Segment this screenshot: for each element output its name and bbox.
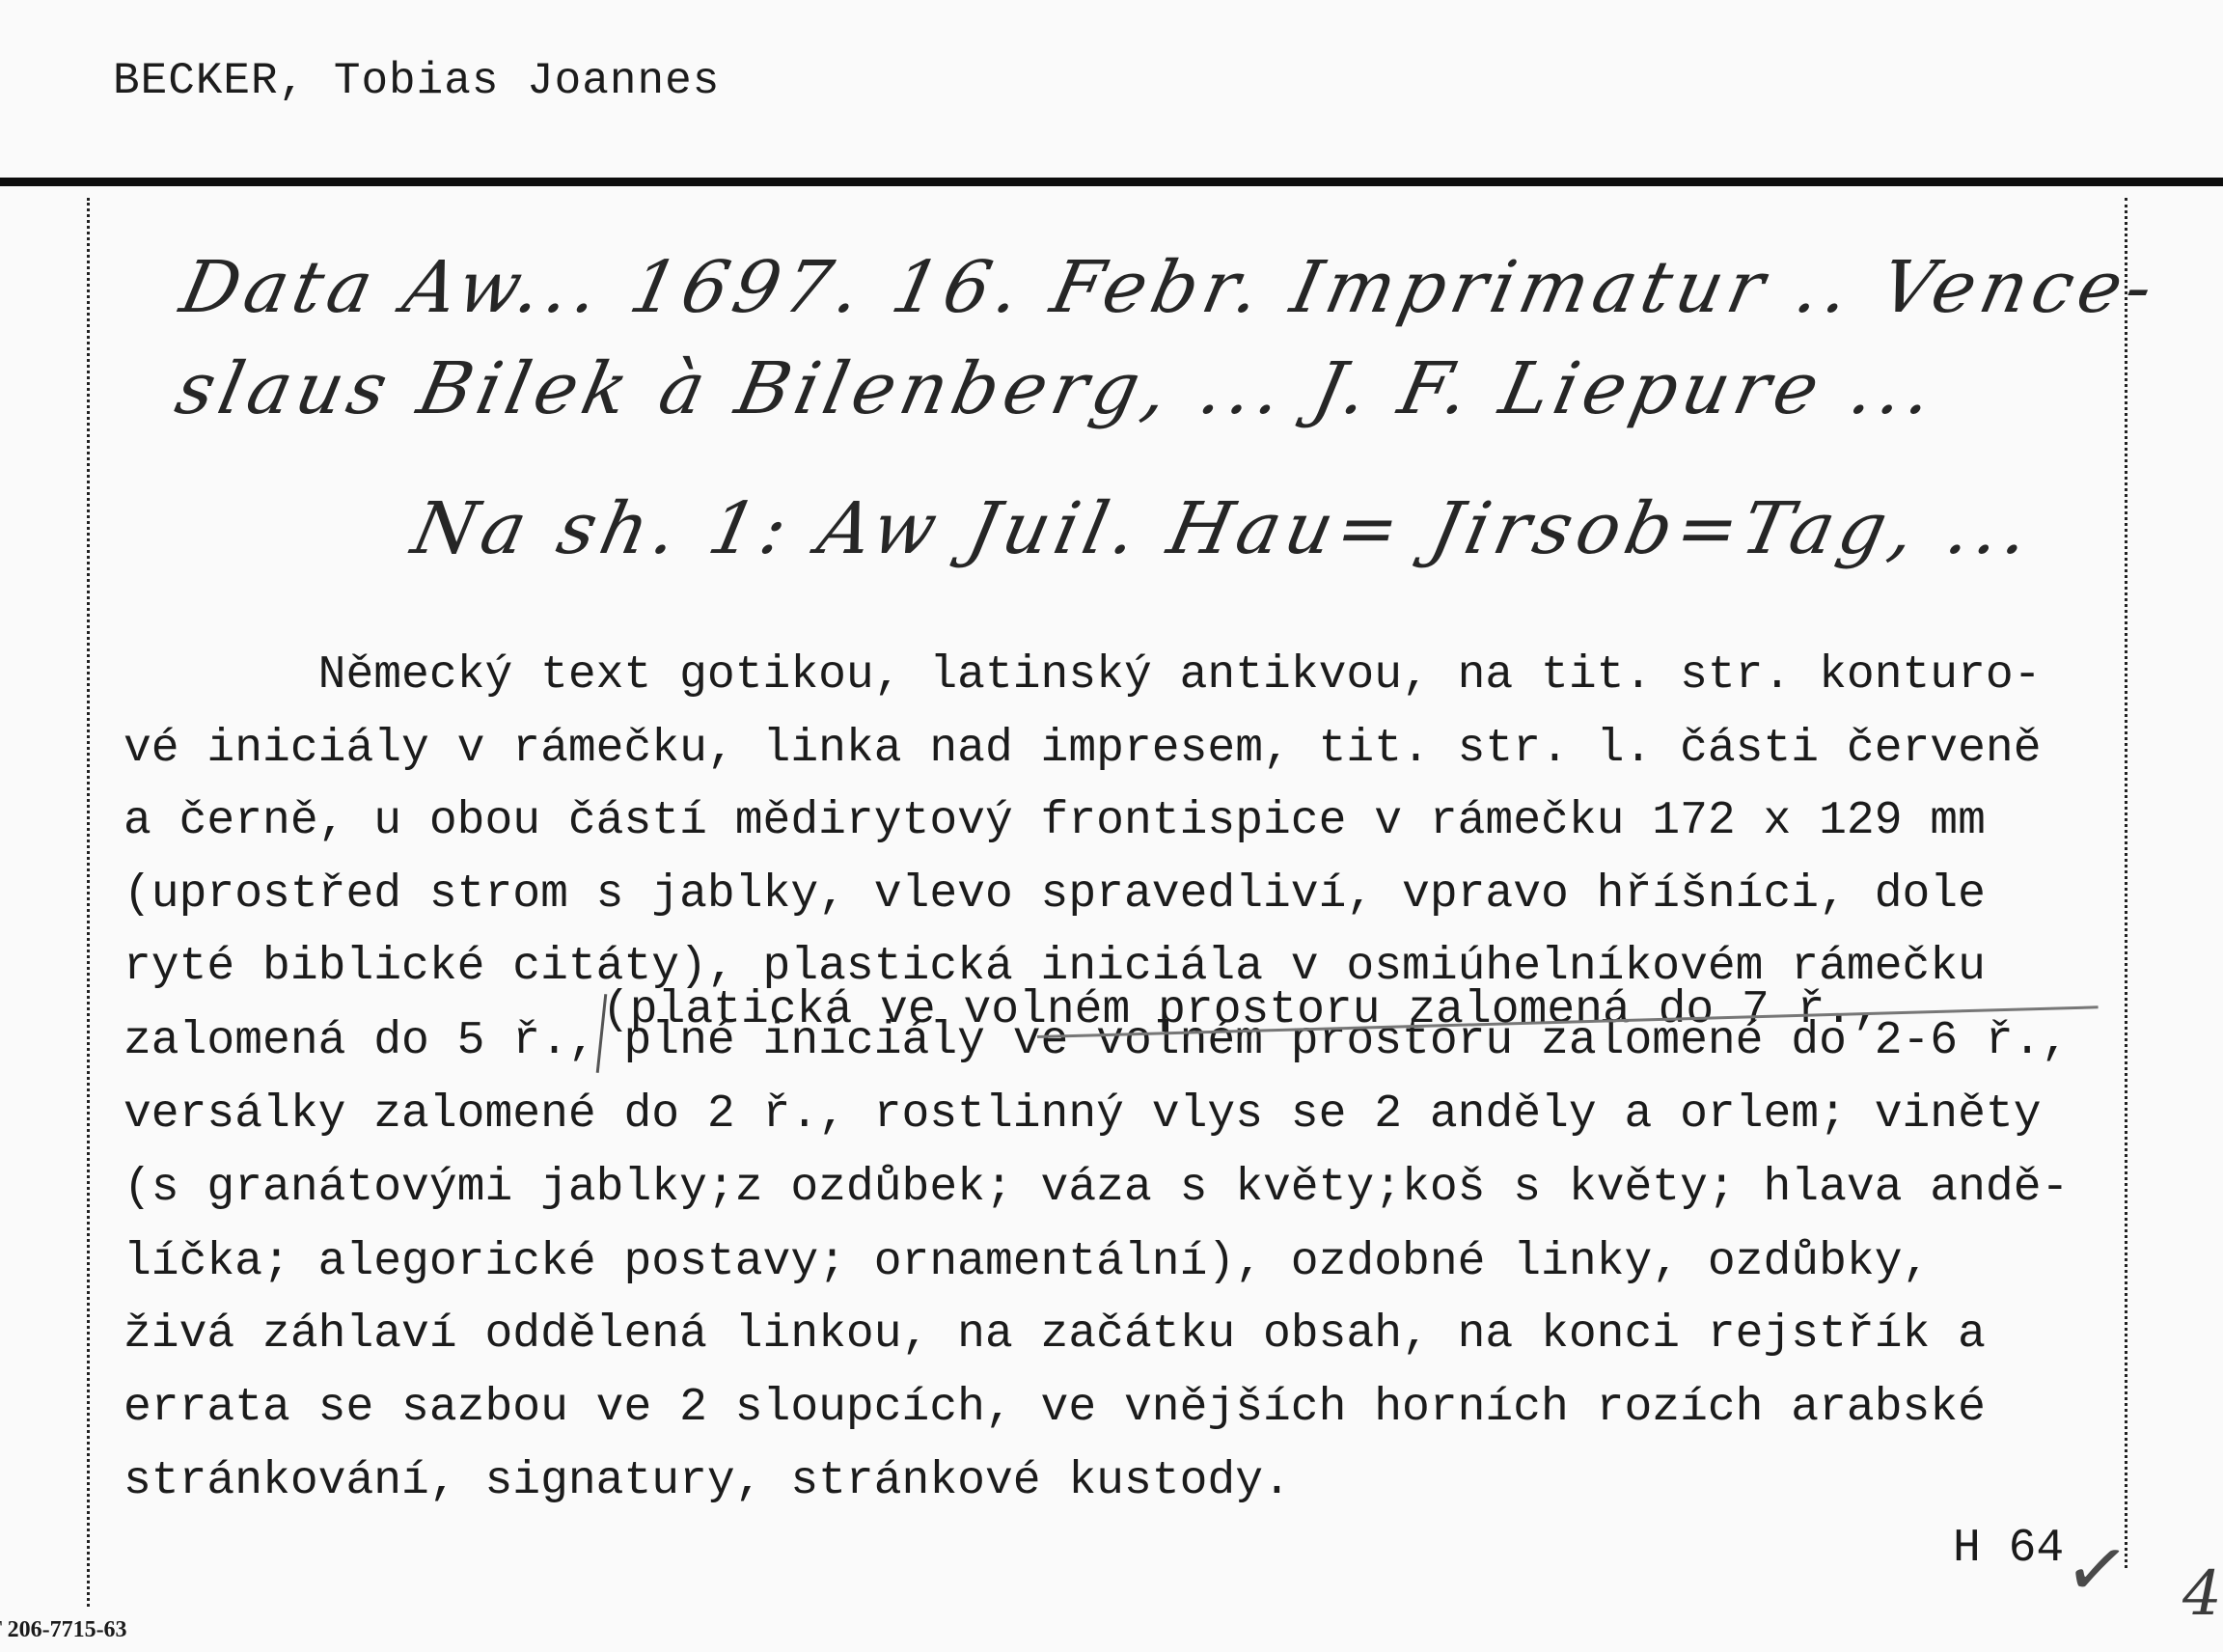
right-dotted-margin bbox=[2125, 198, 2127, 1568]
card-heading-author: BECKER, Tobias Joannes bbox=[113, 56, 720, 106]
handwritten-line-2: slaus Bilek à Bilenberg, ... J. F. Liepu… bbox=[169, 347, 1946, 430]
typed-line-2: vé iniciály v rámečku, linka nad imprese… bbox=[123, 726, 2042, 772]
typed-line-1: Německý text gotikou, latinský antikvou,… bbox=[123, 652, 2042, 699]
typed-line-6: zalomená do 5 ř., plné iniciály ve volné… bbox=[123, 1018, 2069, 1064]
typed-line-5: ryté biblické citáty), plastická iniciál… bbox=[123, 944, 1986, 990]
typed-line-8: (s granátovými jablky;z ozdůbek; váza s … bbox=[123, 1165, 2069, 1211]
typed-line-3: a černě, u obou částí mědirytový frontis… bbox=[123, 798, 1986, 844]
typed-line-9: líčka; alegorické postavy; ornamentální)… bbox=[123, 1239, 1930, 1285]
typed-line-12: stránkování, signatury, stránkové kustod… bbox=[123, 1458, 1291, 1504]
left-dotted-margin bbox=[87, 198, 90, 1607]
typed-line-7: versálky zalomené do 2 ř., rostlinný vly… bbox=[123, 1091, 2042, 1138]
typed-line-4: (uprostřed strom s jablky, vlevo spraved… bbox=[123, 871, 1986, 918]
check-mark-icon: ✓ bbox=[2059, 1521, 2135, 1618]
catalog-card: BECKER, Tobias Joannes Data Aw... 1697. … bbox=[0, 0, 2223, 1652]
shelfmark: H 64 bbox=[1953, 1523, 2064, 1575]
printer-stamp: T 206-7715-63 bbox=[0, 1617, 127, 1643]
handwritten-line-3: Na sh. 1: Aw Juil. Hau= Jirsob=Tag, ... bbox=[405, 487, 2043, 570]
typed-line-11: errata se sazbou ve 2 sloupcích, ve vněj… bbox=[123, 1385, 1986, 1431]
typed-line-10: živá záhlaví oddělená linkou, na začátku… bbox=[123, 1311, 1986, 1358]
handwritten-line-1: Data Aw... 1697. 16. Febr. Imprimatur ..… bbox=[174, 246, 2166, 329]
heading-divider-rule bbox=[0, 178, 2223, 186]
card-number: 4 bbox=[2182, 1558, 2222, 1630]
